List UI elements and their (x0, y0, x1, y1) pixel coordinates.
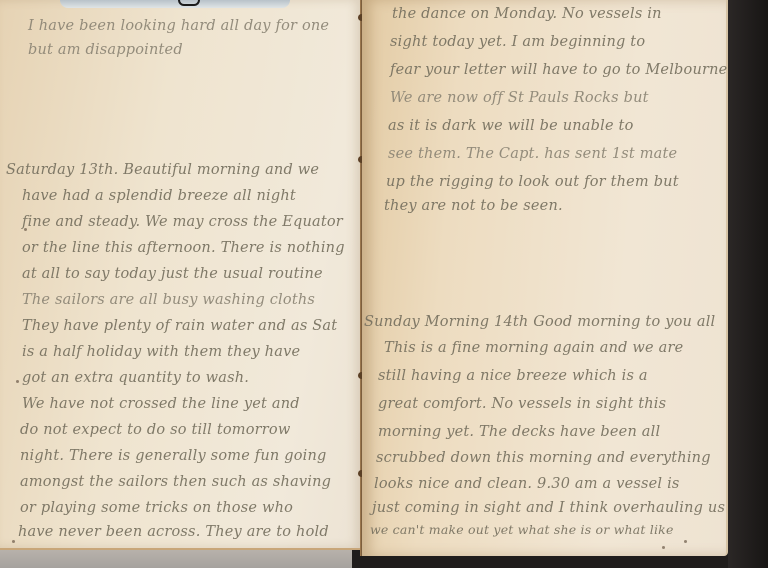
handwritten-line: up the rigging to look out for them but (386, 174, 679, 190)
handwritten-line: or playing some tricks on those who (20, 500, 293, 516)
right-page: the dance on Monday. No vessels in sight… (362, 0, 728, 556)
entry-heading-saturday: Saturday 13th. Beautiful morning and we (6, 162, 319, 178)
handwritten-line: as it is dark we will be unable to (388, 118, 634, 134)
handwritten-line: We are now off St Pauls Rocks but (390, 90, 649, 106)
page-stack-edge (0, 548, 352, 568)
handwritten-line: got an extra quantity to wash. (22, 370, 249, 386)
ribbon-tab (60, 0, 290, 8)
handwritten-line: do not expect to do so till tomorrow (20, 422, 290, 438)
handwritten-line: but am disappointed (28, 42, 183, 58)
handwritten-line: night. There is generally some fun going (20, 448, 327, 464)
handwritten-line: I have been looking hard all day for one (28, 18, 329, 34)
handwritten-line: fine and steady. We may cross the Equato… (22, 214, 343, 230)
handwritten-line: The sailors are all busy washing cloths (22, 292, 315, 308)
handwritten-line: sight today yet. I am beginning to (390, 34, 645, 50)
handwritten-line: we can't make out yet what she is or wha… (370, 522, 674, 537)
handwritten-line: looks nice and clean. 9.30 am a vessel i… (374, 476, 680, 492)
paper-speck (684, 540, 687, 543)
handwritten-line: They have plenty of rain water and as Sa… (22, 318, 337, 334)
handwritten-line: see them. The Capt. has sent 1st mate (388, 146, 677, 162)
paper-speck (12, 540, 15, 543)
entry-heading-sunday: Sunday Morning 14th Good morning to you … (364, 314, 715, 330)
handwritten-line: at all to say today just the usual routi… (22, 266, 323, 282)
ribbon-mark (178, 0, 200, 6)
handwritten-line: or the line this afternoon. There is not… (22, 240, 345, 256)
handwritten-line: We have not crossed the line yet and (22, 396, 300, 412)
handwritten-line: have had a splendid breeze all night (22, 188, 296, 204)
paper-speck (24, 228, 27, 231)
handwritten-line: amongst the sailors then such as shaving (20, 474, 331, 490)
handwritten-line: still having a nice breeze which is a (378, 368, 648, 384)
handwritten-line: scrubbed down this morning and everythin… (376, 450, 711, 466)
handwritten-line: fear your letter will have to go to Melb… (390, 62, 727, 78)
handwritten-line: This is a fine morning again and we are (384, 340, 683, 356)
diary-photo: I have been looking hard all day for one… (0, 0, 768, 568)
handwritten-line: have never been across. They are to hold (18, 524, 329, 540)
handwritten-line: morning yet. The decks have been all (378, 424, 660, 440)
paper-speck (16, 380, 19, 383)
handwritten-line: just coming in sight and I think overhau… (372, 500, 725, 516)
handwritten-line: is a half holiday with them they have (22, 344, 300, 360)
book-cover-edge (728, 0, 768, 568)
paper-speck (662, 546, 665, 549)
handwritten-line: the dance on Monday. No vessels in (392, 6, 662, 22)
handwritten-line: great comfort. No vessels in sight this (378, 396, 666, 412)
left-page: I have been looking hard all day for one… (0, 0, 362, 550)
handwritten-line: they are not to be seen. (384, 198, 563, 214)
